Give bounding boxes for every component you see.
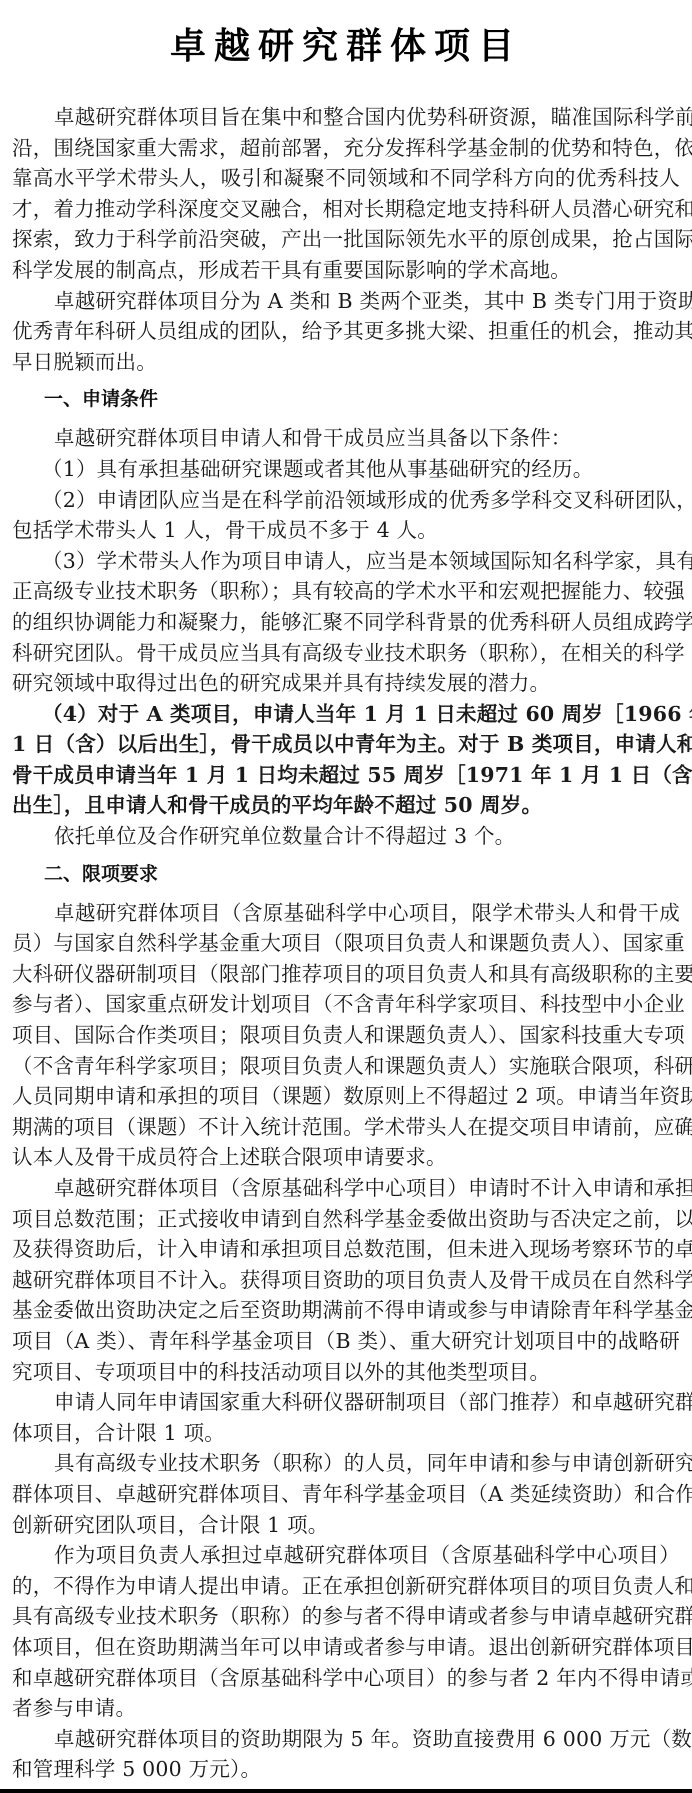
text-line: 的，不得作为申请人提出申请。正在承担创新研究群体项目的项目负责人和 [12, 1571, 680, 1602]
document-title: 卓越研究群体项目 [0, 22, 692, 70]
condition-item-3: （3）学术带头人作为项目申请人，应当是本领域国际知名科学家，具有 正高级专业技术… [12, 546, 680, 699]
text-line: 基金委做出资助决定之后至资助期满前不得申请或参与申请除青年科学基金 [12, 1295, 680, 1326]
text-line: 认本人及骨干成员符合上述联合限项申请要求。 [12, 1142, 680, 1173]
text-line: （2）申请团队应当是在科学前沿领域形成的优秀多学科交叉科研团队， [12, 485, 680, 516]
text-line: 卓越研究群体项目的资助期限为 5 年。资助直接费用 6 000 万元（数学 [12, 1724, 680, 1755]
text-line: 的组织协调能力和凝聚力，能够汇聚不同学科背景的优秀科研人员组成跨学 [12, 607, 680, 638]
text-line: 科学发展的制高点，形成若干具有重要国际影响的学术高地。 [12, 255, 680, 286]
text-line: 大科研仪器研制项目（限部门推荐项目的项目负责人和具有高级职称的主要 [12, 959, 680, 990]
paragraph: 依托单位及合作研究单位数量合计不得超过 3 个。 [12, 821, 680, 852]
section-limit-requirements: 二、限项要求 卓越研究群体项目（含原基础科学中心项目，限学术带头人和骨干成 员）… [12, 852, 680, 1785]
paragraph: 作为项目负责人承担过卓越研究群体项目（含原基础科学中心项目） 的，不得作为申请人… [12, 1540, 680, 1724]
intro-paragraph-1: 卓越研究群体项目旨在集中和整合国内优势科研资源，瞄准国际科学前 沿，围绕国家重大… [12, 102, 680, 286]
text-line: 创新研究团队项目，合计限 1 项。 [12, 1510, 680, 1541]
text-line: 正高级专业技术职务（职称）；具有较高的学术水平和宏观把握能力、较强 [12, 576, 680, 607]
text-line: 科研究团队。骨干成员应当具有高级专业技术职务（职称），在相关的科学 [12, 638, 680, 669]
text-line: 和管理科学 5 000 万元）。 [12, 1754, 680, 1785]
text-line: 越研究群体项目不计入。获得项目资助的项目负责人及骨干成员在自然科学 [12, 1265, 680, 1296]
paragraph: 具有高级专业技术职务（职称）的人员，同年申请和参与申请创新研究 群体项目、卓越研… [12, 1448, 680, 1540]
paragraph: 卓越研究群体项目（含原基础科学中心项目，限学术带头人和骨干成 员）与国家自然科学… [12, 898, 680, 1173]
document-body: 卓越研究群体项目旨在集中和整合国内优势科研资源，瞄准国际科学前 沿，围绕国家重大… [12, 102, 680, 1785]
text-line: （3）学术带头人作为项目申请人，应当是本领域国际知名科学家，具有 [12, 546, 680, 577]
text-line: 及获得资助后，计入申请和承担项目总数范围，但未进入现场考察环节的卓 [12, 1234, 680, 1265]
text-line: 探索，致力于科学前沿突破，产出一批国际领先水平的原创成果，抢占国际 [12, 224, 680, 255]
text-line: 究项目、专项项目中的科技活动项目以外的其他类型项目。 [12, 1357, 680, 1388]
text-line: 依托单位及合作研究单位数量合计不得超过 3 个。 [12, 821, 680, 852]
section-application-conditions: 一、申请条件 卓越研究群体项目申请人和骨干成员应当具备以下条件： （1）具有承担… [12, 377, 680, 851]
text-line: 参与者）、国家重点研发计划项目（不含青年科学家项目、科技型中小企业 [12, 989, 680, 1020]
text-line: 出生］，且申请人和骨干成员的平均年龄不超过 50 周岁。 [12, 790, 680, 821]
paragraph: 卓越研究群体项目的资助期限为 5 年。资助直接费用 6 000 万元（数学 和管… [12, 1724, 680, 1785]
text-line: 卓越研究群体项目（含原基础科学中心项目，限学术带头人和骨干成 [12, 898, 680, 929]
text-line: 和卓越研究群体项目（含原基础科学中心项目）的参与者 2 年内不得申请或 [12, 1663, 680, 1694]
text-line: （1）具有承担基础研究课题或者其他从事基础研究的经历。 [12, 454, 680, 485]
text-line: 具有高级专业技术职务（职称）的参与者不得申请或者参与申请卓越研究群 [12, 1601, 680, 1632]
text-line: （4）对于 A 类项目，申请人当年 1 月 1 日未超过 60 周岁［1966 … [12, 699, 680, 730]
text-line: 员）与国家自然科学基金重大项目（限项目负责人和课题负责人）、国家重 [12, 928, 680, 959]
text-line: 才，着力推动学科深度交叉融合，相对长期稳定地支持科研人员潜心研究和 [12, 194, 680, 225]
text-line: 者参与申请。 [12, 1693, 680, 1724]
text-line: 作为项目负责人承担过卓越研究群体项目（含原基础科学中心项目） [12, 1540, 680, 1571]
text-line: 1 日（含）以后出生］，骨干成员以中青年为主。对于 B 类项目，申请人和 [12, 729, 680, 760]
bottom-divider [0, 1789, 692, 1793]
text-line: 群体项目、卓越研究群体项目、青年科学基金项目（A 类延续资助）和合作 [12, 1479, 680, 1510]
text-line: 体项目，但在资助期满当年可以申请或者参与申请。退出创新研究群体项目 [12, 1632, 680, 1663]
section-heading: 二、限项要求 [12, 852, 680, 892]
text-line: 体项目，合计限 1 项。 [12, 1418, 680, 1449]
text-line: 卓越研究群体项目（含原基础科学中心项目）申请时不计入申请和承担 [12, 1173, 680, 1204]
text-line: 包括学术带头人 1 人，骨干成员不多于 4 人。 [12, 515, 680, 546]
text-line: 沿，围绕国家重大需求，超前部署，充分发挥科学基金制的优势和特色，依 [12, 133, 680, 164]
text-line: 早日脱颖而出。 [12, 347, 680, 378]
condition-item-1: （1）具有承担基础研究课题或者其他从事基础研究的经历。 [12, 454, 680, 485]
text-line: 申请人同年申请国家重大科研仪器研制项目（部门推荐）和卓越研究群 [12, 1387, 680, 1418]
condition-item-4: （4）对于 A 类项目，申请人当年 1 月 1 日未超过 60 周岁［1966 … [12, 699, 680, 821]
text-line: （不含青年科学家项目；限项目负责人和课题负责人）实施联合限项，科研 [12, 1051, 680, 1082]
text-line: 具有高级专业技术职务（职称）的人员，同年申请和参与申请创新研究 [12, 1448, 680, 1479]
text-line: 骨干成员申请当年 1 月 1 日均未超过 55 周岁［1971 年 1 月 1 … [12, 760, 680, 791]
text-line: 卓越研究群体项目旨在集中和整合国内优势科研资源，瞄准国际科学前 [12, 102, 680, 133]
condition-item-2: （2）申请团队应当是在科学前沿领域形成的优秀多学科交叉科研团队， 包括学术带头人… [12, 485, 680, 546]
paragraph: 卓越研究群体项目申请人和骨干成员应当具备以下条件： [12, 423, 680, 454]
text-line: 期满的项目（课题）不计入统计范围。学术带头人在提交项目申请前，应确 [12, 1112, 680, 1143]
text-line: 卓越研究群体项目分为 A 类和 B 类两个亚类，其中 B 类专门用于资助 [12, 286, 680, 317]
text-line: 项目、国际合作类项目；限项目负责人和课题负责人）、国家科技重大专项 [12, 1020, 680, 1051]
text-line: 项目（A 类）、青年科学基金项目（B 类）、重大研究计划项目中的战略研 [12, 1326, 680, 1357]
text-line: 项目总数范围；正式接收申请到自然科学基金委做出资助与否决定之前，以 [12, 1204, 680, 1235]
text-line: 优秀青年科研人员组成的团队，给予其更多挑大梁、担重任的机会，推动其 [12, 316, 680, 347]
intro-paragraph-2: 卓越研究群体项目分为 A 类和 B 类两个亚类，其中 B 类专门用于资助 优秀青… [12, 286, 680, 378]
section-heading: 一、申请条件 [12, 377, 680, 417]
paragraph: 申请人同年申请国家重大科研仪器研制项目（部门推荐）和卓越研究群 体项目，合计限 … [12, 1387, 680, 1448]
text-line: 卓越研究群体项目申请人和骨干成员应当具备以下条件： [12, 423, 680, 454]
text-line: 靠高水平学术带头人，吸引和凝聚不同领域和不同学科方向的优秀科技人 [12, 163, 680, 194]
text-line: 人员同期申请和承担的项目（课题）数原则上不得超过 2 项。申请当年资助 [12, 1081, 680, 1112]
text-line: 研究领域中取得过出色的研究成果并具有持续发展的潜力。 [12, 668, 680, 699]
paragraph: 卓越研究群体项目（含原基础科学中心项目）申请时不计入申请和承担 项目总数范围；正… [12, 1173, 680, 1387]
